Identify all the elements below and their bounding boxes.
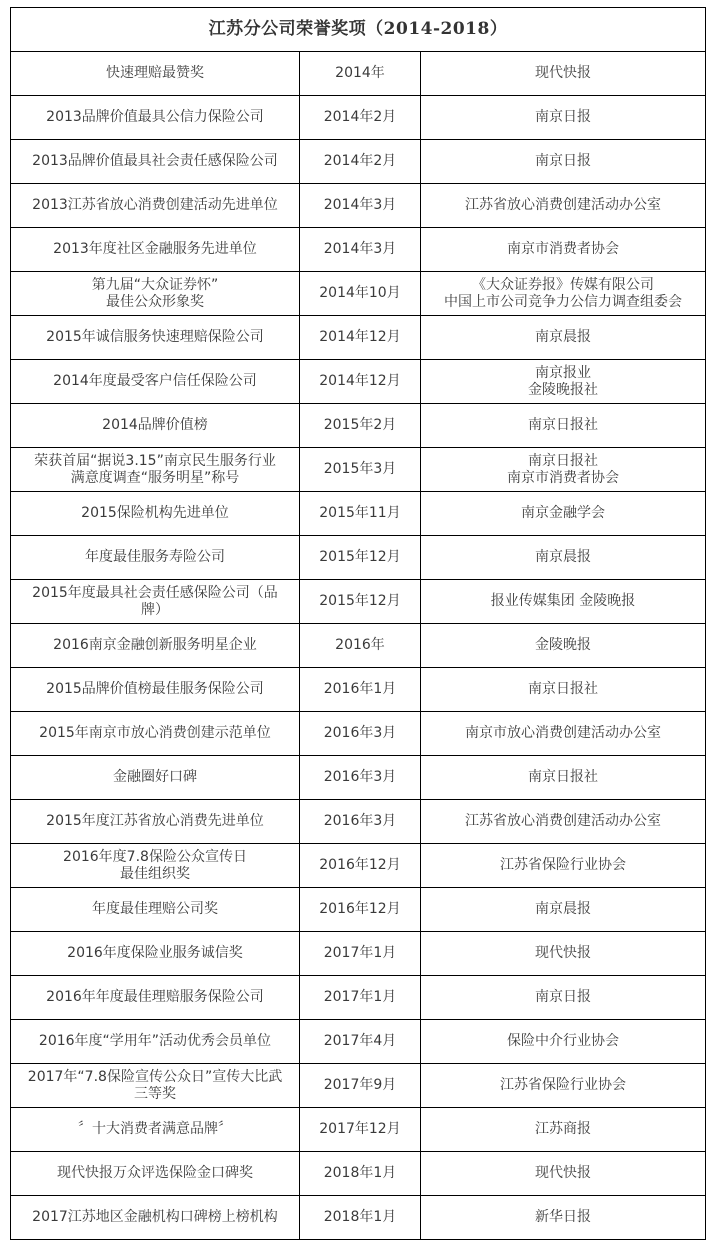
award-issuer-cell: 南京报业 金陵晚报社 xyxy=(421,360,706,404)
award-date-text: 2018年1月 xyxy=(324,1209,397,1226)
award-name-cell: 〞十大消费者满意品牌〞 xyxy=(11,1108,300,1152)
award-date-text: 2017年1月 xyxy=(324,989,397,1006)
award-issuer-text: 新华日报 xyxy=(535,1209,591,1226)
award-name-text: 第九届“大众证券怀” 最佳公众形象奖 xyxy=(92,277,219,311)
award-date-cell: 2014年3月 xyxy=(300,184,421,228)
award-date-text: 2015年3月 xyxy=(324,461,397,478)
award-name-cell: 2015年度最具社会责任感保险公司（品 牌） xyxy=(11,580,300,624)
award-name-text: 2015年度江苏省放心消费先进单位 xyxy=(46,813,264,830)
award-issuer-cell: 南京金融学会 xyxy=(421,492,706,536)
table-row: 〞十大消费者满意品牌〞2017年12月江苏商报 xyxy=(11,1108,706,1152)
table-row: 第九届“大众证券怀” 最佳公众形象奖2014年10月《大众证券报》传媒有限公司 … xyxy=(11,272,706,316)
table-row: 2017年“7.8保险宣传公众日”宣传大比武 三等奖2017年9月江苏省保险行业… xyxy=(11,1064,706,1108)
award-name-text: 2015品牌价值榜最佳服务保险公司 xyxy=(46,681,264,698)
award-date-text: 2016年3月 xyxy=(324,725,397,742)
award-name-text: 2017江苏地区金融机构口碑榜上榜机构 xyxy=(32,1209,278,1226)
award-date-text: 2015年2月 xyxy=(324,417,397,434)
award-issuer-cell: 江苏省保险行业协会 xyxy=(421,1064,706,1108)
award-date-cell: 2017年1月 xyxy=(300,932,421,976)
award-issuer-text: 南京日报 xyxy=(535,153,591,170)
award-issuer-cell: 江苏商报 xyxy=(421,1108,706,1152)
award-date-text: 2014年2月 xyxy=(324,153,397,170)
award-issuer-text: 南京报业 金陵晚报社 xyxy=(528,365,598,399)
award-issuer-cell: 南京日报 xyxy=(421,140,706,184)
award-date-cell: 2016年12月 xyxy=(300,844,421,888)
award-name-cell: 2016年度7.8保险公众宣传日 最佳组织奖 xyxy=(11,844,300,888)
award-date-text: 2014年3月 xyxy=(324,241,397,258)
award-issuer-cell: 江苏省放心消费创建活动办公室 xyxy=(421,800,706,844)
table-row: 2016年度“学用年”活动优秀会员单位2017年4月保险中介行业协会 xyxy=(11,1020,706,1064)
award-date-cell: 2018年1月 xyxy=(300,1152,421,1196)
award-date-cell: 2015年3月 xyxy=(300,448,421,492)
award-issuer-cell: 江苏省放心消费创建活动办公室 xyxy=(421,184,706,228)
award-date-cell: 2017年9月 xyxy=(300,1064,421,1108)
honors-table: 江苏分公司荣誉奖项（2014-2018） 快速理赔最赞奖2014年现代快报201… xyxy=(10,7,706,1240)
award-issuer-cell: 南京市放心消费创建活动办公室 xyxy=(421,712,706,756)
award-issuer-text: 南京日报社 xyxy=(528,417,598,434)
award-name-text: 2014品牌价值榜 xyxy=(102,417,208,434)
award-issuer-cell: 南京晨报 xyxy=(421,536,706,580)
award-date-cell: 2016年3月 xyxy=(300,800,421,844)
award-issuer-text: 南京日报社 xyxy=(528,681,598,698)
table-row: 2015品牌价值榜最佳服务保险公司2016年1月南京日报社 xyxy=(11,668,706,712)
award-name-cell: 2013品牌价值最具公信力保险公司 xyxy=(11,96,300,140)
award-name-cell: 第九届“大众证券怀” 最佳公众形象奖 xyxy=(11,272,300,316)
award-issuer-text: 江苏省放心消费创建活动办公室 xyxy=(465,197,661,214)
award-name-cell: 2013江苏省放心消费创建活动先进单位 xyxy=(11,184,300,228)
table-row: 2015年诚信服务快速理赔保险公司2014年12月南京晨报 xyxy=(11,316,706,360)
award-issuer-text: 南京市放心消费创建活动办公室 xyxy=(465,725,661,742)
award-date-cell: 2016年1月 xyxy=(300,668,421,712)
award-issuer-text: 江苏省保险行业协会 xyxy=(500,1077,626,1094)
award-name-cell: 2015品牌价值榜最佳服务保险公司 xyxy=(11,668,300,712)
table-row: 2016年度保险业服务诚信奖2017年1月现代快报 xyxy=(11,932,706,976)
award-name-cell: 2014品牌价值榜 xyxy=(11,404,300,448)
award-date-cell: 2014年12月 xyxy=(300,316,421,360)
award-name-text: 2016年度保险业服务诚信奖 xyxy=(67,945,243,962)
award-name-text: 2015保险机构先进单位 xyxy=(81,505,229,522)
award-date-text: 2016年12月 xyxy=(319,901,400,918)
award-name-cell: 2015年度江苏省放心消费先进单位 xyxy=(11,800,300,844)
table-row: 荣获首届“据说3.15”南京民生服务行业 满意度调查“服务明星”称号2015年3… xyxy=(11,448,706,492)
award-name-cell: 2016年度保险业服务诚信奖 xyxy=(11,932,300,976)
table-title: 江苏分公司荣誉奖项（2014-2018） xyxy=(11,8,706,52)
award-issuer-text: 南京市消费者协会 xyxy=(507,241,619,258)
award-issuer-cell: 南京晨报 xyxy=(421,316,706,360)
award-issuer-text: 江苏商报 xyxy=(535,1121,591,1138)
award-issuer-text: 南京日报 xyxy=(535,989,591,1006)
award-date-text: 2017年1月 xyxy=(324,945,397,962)
award-issuer-text: 南京晨报 xyxy=(535,901,591,918)
award-date-text: 2017年12月 xyxy=(319,1121,400,1138)
award-name-text: 2015年诚信服务快速理赔保险公司 xyxy=(46,329,264,346)
award-issuer-text: 报业传媒集团 金陵晚报 xyxy=(491,593,635,610)
award-date-text: 2015年12月 xyxy=(319,549,400,566)
award-name-cell: 2015年南京市放心消费创建示范单位 xyxy=(11,712,300,756)
table-row: 金融圈好口碑2016年3月南京日报社 xyxy=(11,756,706,800)
award-issuer-text: 现代快报 xyxy=(535,65,591,82)
award-date-cell: 2014年2月 xyxy=(300,96,421,140)
award-issuer-cell: 南京日报社 南京市消费者协会 xyxy=(421,448,706,492)
award-date-cell: 2018年1月 xyxy=(300,1196,421,1240)
award-date-cell: 2017年4月 xyxy=(300,1020,421,1064)
award-date-cell: 2014年10月 xyxy=(300,272,421,316)
award-issuer-cell: 江苏省保险行业协会 xyxy=(421,844,706,888)
table-row: 2015年度江苏省放心消费先进单位2016年3月江苏省放心消费创建活动办公室 xyxy=(11,800,706,844)
table-row: 2013品牌价值最具公信力保险公司2014年2月南京日报 xyxy=(11,96,706,140)
table-row: 2015保险机构先进单位2015年11月南京金融学会 xyxy=(11,492,706,536)
award-date-cell: 2016年12月 xyxy=(300,888,421,932)
award-issuer-text: 现代快报 xyxy=(535,945,591,962)
award-date-text: 2015年12月 xyxy=(319,593,400,610)
award-issuer-cell: 南京日报社 xyxy=(421,756,706,800)
award-name-text: 2013品牌价值最具公信力保险公司 xyxy=(46,109,264,126)
award-issuer-text: 南京日报社 xyxy=(528,769,598,786)
table-row: 2013年度社区金融服务先进单位2014年3月南京市消费者协会 xyxy=(11,228,706,272)
award-name-cell: 2016年年度最佳理赔服务保险公司 xyxy=(11,976,300,1020)
award-name-cell: 2016南京金融创新服务明星企业 xyxy=(11,624,300,668)
award-date-text: 2016年 xyxy=(335,637,385,654)
award-name-cell: 2015保险机构先进单位 xyxy=(11,492,300,536)
award-name-cell: 2017年“7.8保险宣传公众日”宣传大比武 三等奖 xyxy=(11,1064,300,1108)
award-name-text: 金融圈好口碑 xyxy=(113,769,197,786)
award-name-text: 2016年年度最佳理赔服务保险公司 xyxy=(46,989,264,1006)
award-name-text: 2013江苏省放心消费创建活动先进单位 xyxy=(32,197,278,214)
table-row: 2016年度7.8保险公众宣传日 最佳组织奖2016年12月江苏省保险行业协会 xyxy=(11,844,706,888)
award-name-text: 现代快报万众评选保险金口碑奖 xyxy=(57,1165,253,1182)
award-name-cell: 金融圈好口碑 xyxy=(11,756,300,800)
award-date-cell: 2015年11月 xyxy=(300,492,421,536)
table-row: 现代快报万众评选保险金口碑奖2018年1月现代快报 xyxy=(11,1152,706,1196)
award-issuer-text: 保险中介行业协会 xyxy=(507,1033,619,1050)
award-date-text: 2014年12月 xyxy=(319,329,400,346)
award-name-cell: 2016年度“学用年”活动优秀会员单位 xyxy=(11,1020,300,1064)
award-date-cell: 2015年12月 xyxy=(300,536,421,580)
award-name-cell: 2015年诚信服务快速理赔保险公司 xyxy=(11,316,300,360)
award-name-cell: 快速理赔最赞奖 xyxy=(11,52,300,96)
award-issuer-text: 江苏省放心消费创建活动办公室 xyxy=(465,813,661,830)
award-issuer-text: 江苏省保险行业协会 xyxy=(500,857,626,874)
award-issuer-text: 金陵晚报 xyxy=(535,637,591,654)
award-name-cell: 年度最佳服务寿险公司 xyxy=(11,536,300,580)
award-name-text: 年度最佳理赔公司奖 xyxy=(92,901,218,918)
table-row: 快速理赔最赞奖2014年现代快报 xyxy=(11,52,706,96)
award-issuer-cell: 南京晨报 xyxy=(421,888,706,932)
table-row: 2017江苏地区金融机构口碑榜上榜机构2018年1月新华日报 xyxy=(11,1196,706,1240)
title-row: 江苏分公司荣誉奖项（2014-2018） xyxy=(11,8,706,52)
award-date-cell: 2016年3月 xyxy=(300,756,421,800)
table-row: 2015年南京市放心消费创建示范单位2016年3月南京市放心消费创建活动办公室 xyxy=(11,712,706,756)
table-row: 年度最佳服务寿险公司2015年12月南京晨报 xyxy=(11,536,706,580)
award-date-text: 2014年2月 xyxy=(324,109,397,126)
table-row: 2013江苏省放心消费创建活动先进单位2014年3月江苏省放心消费创建活动办公室 xyxy=(11,184,706,228)
award-issuer-cell: 现代快报 xyxy=(421,932,706,976)
award-issuer-cell: 新华日报 xyxy=(421,1196,706,1240)
table-row: 年度最佳理赔公司奖2016年12月南京晨报 xyxy=(11,888,706,932)
award-issuer-text: 《大众证券报》传媒有限公司 中国上市公司竞争力公信力调查组委会 xyxy=(444,277,682,311)
table-row: 2015年度最具社会责任感保险公司（品 牌）2015年12月报业传媒集团 金陵晚… xyxy=(11,580,706,624)
award-date-cell: 2015年2月 xyxy=(300,404,421,448)
award-date-text: 2015年11月 xyxy=(319,505,400,522)
award-name-text: 2016年度7.8保险公众宣传日 最佳组织奖 xyxy=(63,849,247,883)
award-name-cell: 年度最佳理赔公司奖 xyxy=(11,888,300,932)
award-date-text: 2014年3月 xyxy=(324,197,397,214)
award-name-cell: 荣获首届“据说3.15”南京民生服务行业 满意度调查“服务明星”称号 xyxy=(11,448,300,492)
award-name-text: 荣获首届“据说3.15”南京民生服务行业 满意度调查“服务明星”称号 xyxy=(34,453,276,487)
award-issuer-text: 南京日报 xyxy=(535,109,591,126)
award-date-cell: 2017年1月 xyxy=(300,976,421,1020)
award-name-text: 〞十大消费者满意品牌〞 xyxy=(78,1121,232,1138)
award-name-text: 2013年度社区金融服务先进单位 xyxy=(53,241,257,258)
award-issuer-cell: 南京市消费者协会 xyxy=(421,228,706,272)
award-issuer-cell: 《大众证券报》传媒有限公司 中国上市公司竞争力公信力调查组委会 xyxy=(421,272,706,316)
award-date-text: 2017年4月 xyxy=(324,1033,397,1050)
award-issuer-cell: 南京日报社 xyxy=(421,404,706,448)
award-issuer-cell: 报业传媒集团 金陵晚报 xyxy=(421,580,706,624)
award-issuer-text: 现代快报 xyxy=(535,1165,591,1182)
award-name-text: 年度最佳服务寿险公司 xyxy=(85,549,225,566)
award-date-cell: 2015年12月 xyxy=(300,580,421,624)
award-issuer-cell: 南京日报 xyxy=(421,976,706,1020)
table-row: 2014年度最受客户信任保险公司2014年12月南京报业 金陵晚报社 xyxy=(11,360,706,404)
award-date-text: 2014年 xyxy=(335,65,385,82)
award-name-cell: 2013品牌价值最具社会责任感保险公司 xyxy=(11,140,300,184)
table-body: 快速理赔最赞奖2014年现代快报2013品牌价值最具公信力保险公司2014年2月… xyxy=(11,52,706,1240)
award-name-text: 2015年度最具社会责任感保险公司（品 牌） xyxy=(32,585,278,619)
award-date-text: 2014年10月 xyxy=(319,285,400,302)
award-date-cell: 2016年 xyxy=(300,624,421,668)
award-date-cell: 2017年12月 xyxy=(300,1108,421,1152)
award-name-text: 快速理赔最赞奖 xyxy=(106,65,204,82)
award-name-text: 2013品牌价值最具社会责任感保险公司 xyxy=(32,153,278,170)
award-issuer-cell: 现代快报 xyxy=(421,52,706,96)
award-date-text: 2016年3月 xyxy=(324,769,397,786)
award-name-text: 2014年度最受客户信任保险公司 xyxy=(53,373,257,390)
award-name-cell: 2014年度最受客户信任保险公司 xyxy=(11,360,300,404)
award-date-text: 2016年1月 xyxy=(324,681,397,698)
award-issuer-cell: 南京日报 xyxy=(421,96,706,140)
award-date-cell: 2014年 xyxy=(300,52,421,96)
award-date-text: 2014年12月 xyxy=(319,373,400,390)
award-issuer-text: 南京日报社 南京市消费者协会 xyxy=(507,453,619,487)
table-row: 2013品牌价值最具社会责任感保险公司2014年2月南京日报 xyxy=(11,140,706,184)
award-date-text: 2017年9月 xyxy=(324,1077,397,1094)
award-name-text: 2016年度“学用年”活动优秀会员单位 xyxy=(39,1033,271,1050)
award-name-text: 2015年南京市放心消费创建示范单位 xyxy=(39,725,271,742)
award-date-text: 2016年3月 xyxy=(324,813,397,830)
award-issuer-text: 南京晨报 xyxy=(535,549,591,566)
award-date-cell: 2016年3月 xyxy=(300,712,421,756)
award-issuer-text: 南京晨报 xyxy=(535,329,591,346)
award-date-text: 2016年12月 xyxy=(319,857,400,874)
award-date-cell: 2014年2月 xyxy=(300,140,421,184)
award-date-cell: 2014年12月 xyxy=(300,360,421,404)
award-name-cell: 现代快报万众评选保险金口碑奖 xyxy=(11,1152,300,1196)
award-name-cell: 2017江苏地区金融机构口碑榜上榜机构 xyxy=(11,1196,300,1240)
award-issuer-cell: 南京日报社 xyxy=(421,668,706,712)
award-date-text: 2018年1月 xyxy=(324,1165,397,1182)
table-row: 2016年年度最佳理赔服务保险公司2017年1月南京日报 xyxy=(11,976,706,1020)
table-row: 2014品牌价值榜2015年2月南京日报社 xyxy=(11,404,706,448)
table-row: 2016南京金融创新服务明星企业2016年金陵晚报 xyxy=(11,624,706,668)
award-issuer-cell: 现代快报 xyxy=(421,1152,706,1196)
award-issuer-cell: 保险中介行业协会 xyxy=(421,1020,706,1064)
award-issuer-text: 南京金融学会 xyxy=(521,505,605,522)
award-date-cell: 2014年3月 xyxy=(300,228,421,272)
award-name-text: 2016南京金融创新服务明星企业 xyxy=(53,637,257,654)
award-name-cell: 2013年度社区金融服务先进单位 xyxy=(11,228,300,272)
award-issuer-cell: 金陵晚报 xyxy=(421,624,706,668)
award-name-text: 2017年“7.8保险宣传公众日”宣传大比武 三等奖 xyxy=(28,1069,282,1103)
